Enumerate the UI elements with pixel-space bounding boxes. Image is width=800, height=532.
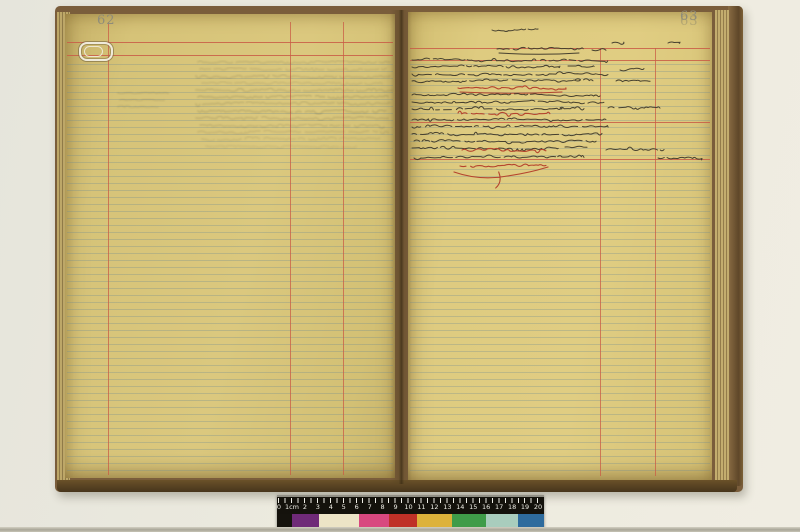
ruler-number: 1cm <box>285 503 299 511</box>
ruler-number: 0 <box>272 503 286 511</box>
book-gutter <box>390 10 412 484</box>
paper-clip <box>79 42 113 61</box>
red-entry-separator-line <box>410 122 710 123</box>
ruler-number: 2 <box>298 503 312 511</box>
ruler-number: 20 <box>531 503 545 511</box>
ruler-number: 5 <box>337 503 351 511</box>
ruler-number: 8 <box>376 503 390 511</box>
red-entry-separator-line <box>410 159 710 160</box>
ruler-number: 17 <box>492 503 506 511</box>
ruler-number: 16 <box>479 503 493 511</box>
left-page <box>65 14 395 478</box>
red-column-line <box>600 48 601 476</box>
ruler-number: 18 <box>505 503 519 511</box>
ruler-number: 15 <box>466 503 480 511</box>
right-page <box>408 12 712 480</box>
ledger-book <box>55 6 743 492</box>
red-header-line <box>67 42 393 43</box>
ruled-lines-left <box>67 58 393 474</box>
ruler-number: 4 <box>324 503 338 511</box>
ruler-number: 13 <box>440 503 454 511</box>
calibration-ruler: 01cm234567891011121314151617181920 <box>277 495 544 531</box>
ruler-number: 10 <box>402 503 416 511</box>
page-number-left: 62 <box>97 13 116 28</box>
ruler-number: 12 <box>427 503 441 511</box>
ruler-number: 3 <box>311 503 325 511</box>
page-stack-edge-right <box>715 10 729 482</box>
ruled-lines-right <box>410 58 710 476</box>
red-column-line <box>290 22 291 475</box>
ruler-number: 6 <box>350 503 364 511</box>
red-column-line <box>655 48 656 476</box>
ruler-number: 14 <box>453 503 467 511</box>
backdrop-edge <box>0 527 800 532</box>
book-cover-edge-right <box>728 6 743 486</box>
ruler-number: 9 <box>389 503 403 511</box>
red-header-line <box>410 60 710 61</box>
photo-backdrop: 62 63 01cm234567891011121314151617181920 <box>0 0 800 532</box>
red-header-line <box>410 48 710 49</box>
page-number-right: 63 <box>680 9 699 24</box>
ruler-scale-numbers: 01cm234567891011121314151617181920 <box>277 503 544 512</box>
red-column-line <box>343 22 344 475</box>
ruler-number: 7 <box>363 503 377 511</box>
red-header-line <box>67 55 393 56</box>
ruler-number: 11 <box>414 503 428 511</box>
red-margin-line <box>108 22 109 475</box>
ruler-number: 19 <box>518 503 532 511</box>
